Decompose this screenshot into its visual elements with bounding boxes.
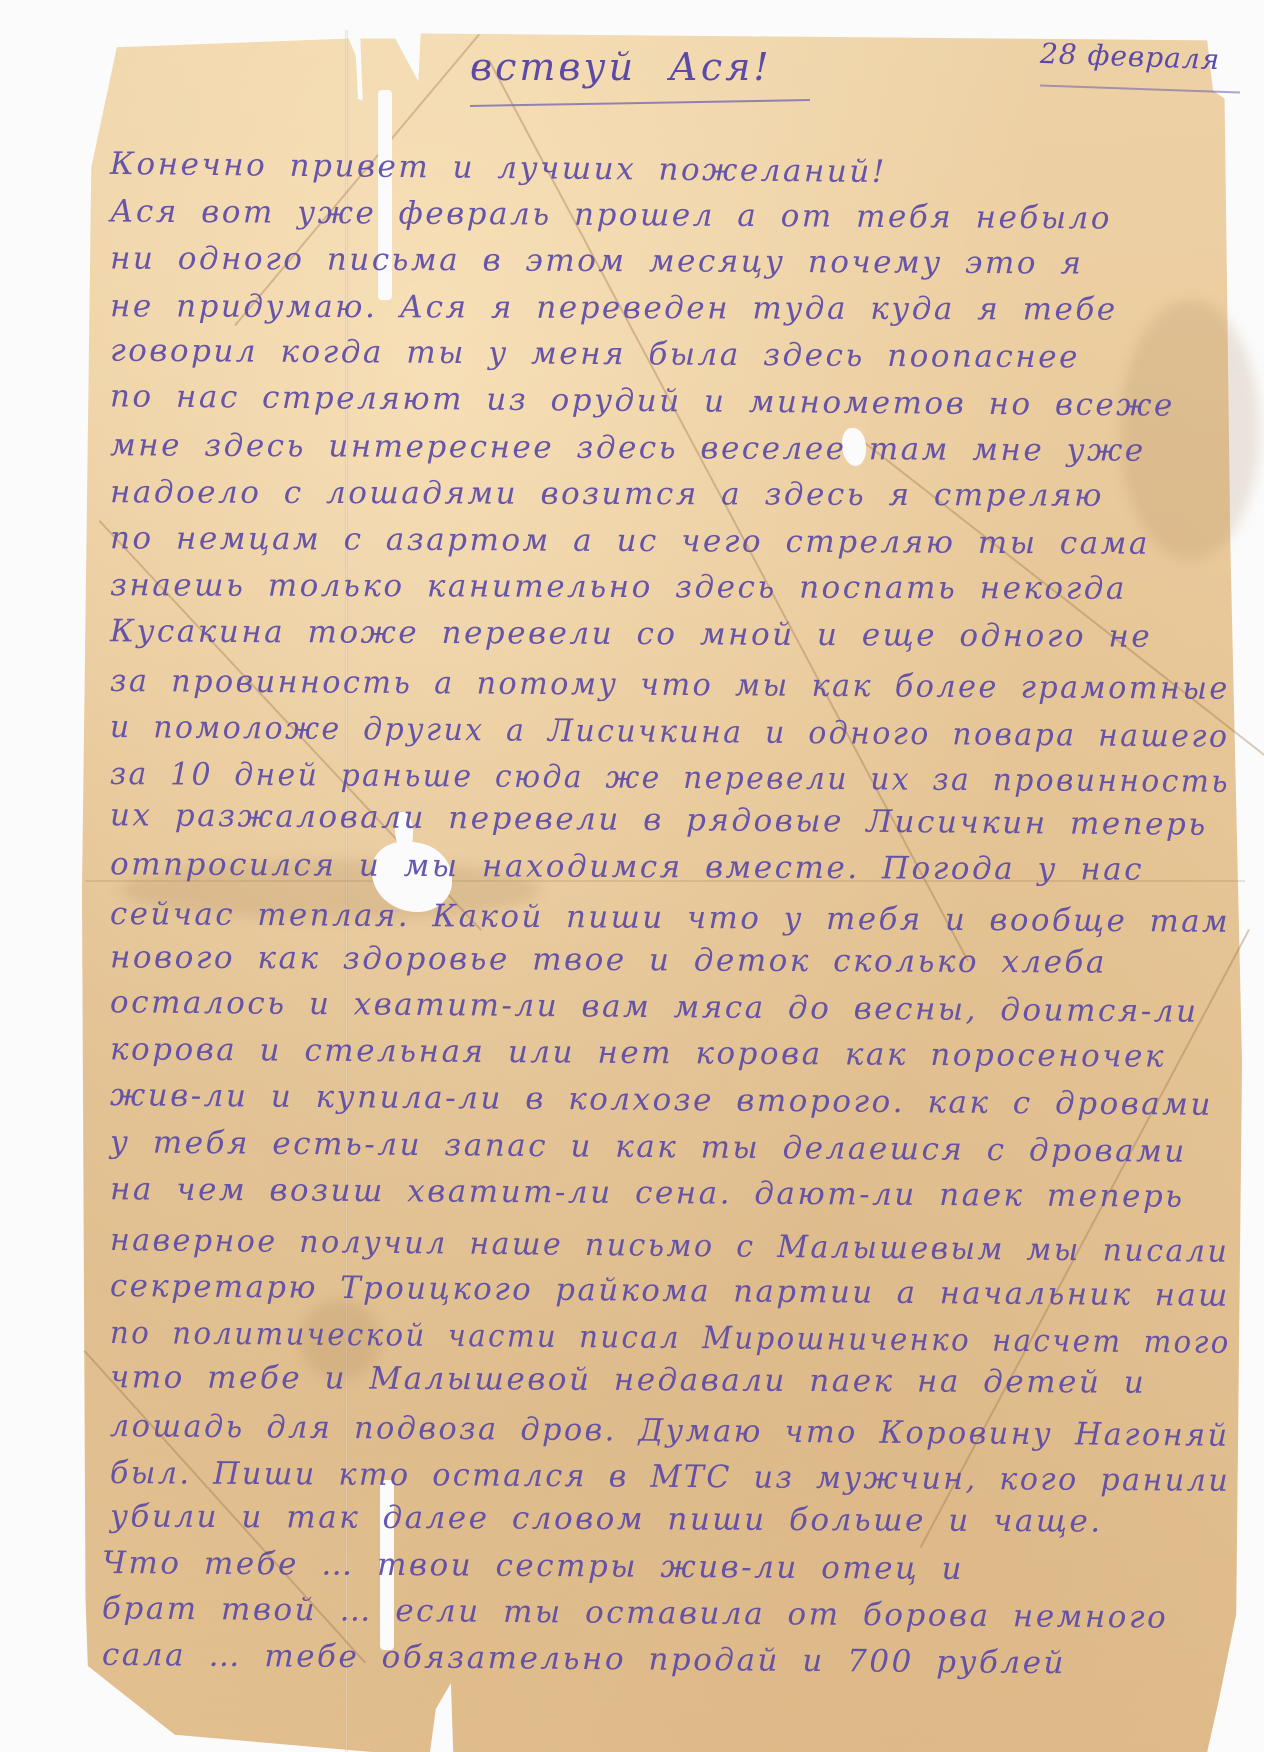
letter-line: за 10 дней раньше сюда же перевели их за… (110, 756, 1230, 800)
letter-line: за провинность а потому что мы как более… (110, 663, 1230, 707)
letter-line: отпросился и мы находимся вместе. Погода… (110, 846, 1144, 887)
letter-line: ни одного письма в этом месяцу почему эт… (110, 241, 1084, 282)
letter-line: нового как здоровье твое и деток сколько… (110, 940, 1107, 981)
letter-line: по немцам с азартом а ис чего стреляю ты… (110, 520, 1150, 561)
letter-line: Что тебе … твои сестры жив-ли отец и (102, 1545, 964, 1587)
letter-line: мне здесь интереснее здесь веселее там м… (110, 427, 1146, 468)
paper-stain (1120, 300, 1260, 560)
letter-line: сейчас теплая. Какой пиши что у тебя и в… (110, 896, 1230, 940)
letter-line: знаешь только канительно здесь поспать н… (110, 568, 1127, 608)
letter-line: убили и так далее словом пиши больше и ч… (110, 1499, 1103, 1540)
letter-line: Кусакина тоже перевели со мной и еще одн… (110, 613, 1152, 654)
letter-line: был. Пиши кто остался в МТС из мужчин, к… (110, 1455, 1230, 1499)
letter-date: 28 февраля (1039, 37, 1220, 76)
letter-greeting: вствуй Ася! (470, 45, 772, 89)
letter-line: говорил когда ты у меня была здесь поопа… (110, 333, 1080, 376)
letter-line: что тебе и Малышевой недавали паек на де… (110, 1359, 1146, 1400)
letter-line: Ася вот уже февраль прошел а от тебя неб… (110, 193, 1112, 236)
letter-line: не придумаю. Ася я переведен туда куда я… (110, 288, 1118, 328)
letter-line: надоело с лошадями возится а здесь я стр… (110, 474, 1104, 513)
